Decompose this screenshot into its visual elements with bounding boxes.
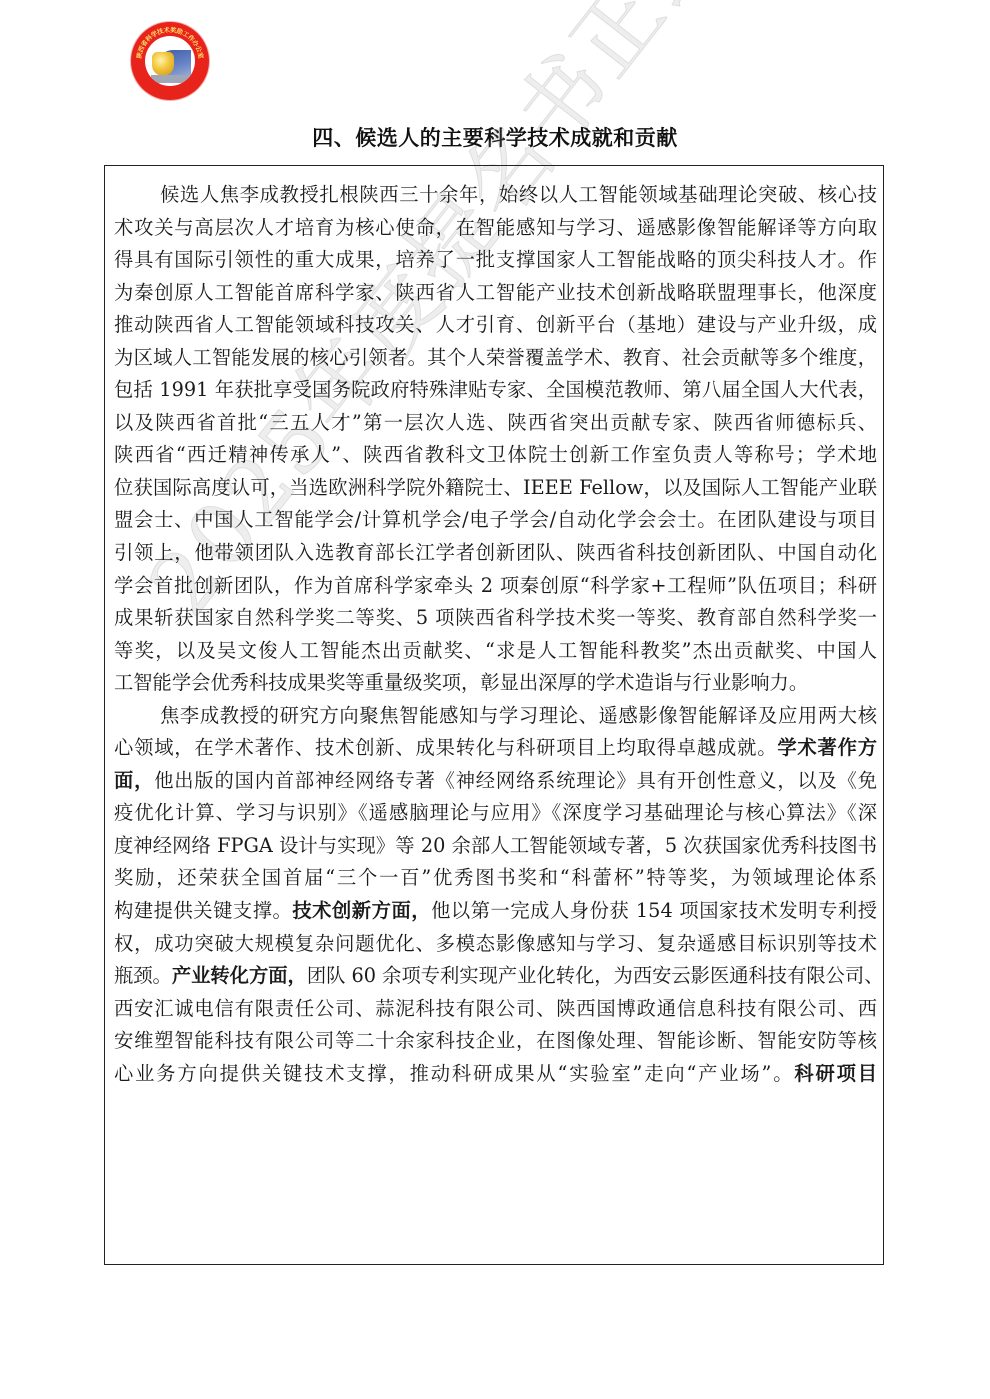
text-run: 盟会士、中国人工智能学会/计算机学会/电子学会/自动化学会会士。在团队建设与项目	[114, 508, 877, 531]
text-run: 以及陕西省首批“三五人才”第一层次人选、陕西省突出贡献专家、陕西省师德标兵、	[114, 411, 877, 434]
bold-heading-run: 学术著作方	[777, 736, 877, 759]
text-run: 度神经网络 FPGA 设计与实现》等 20 余部人工智能领域专著，5 次获国家优…	[114, 834, 877, 857]
text-line: 陕西省“西迁精神传承人”、陕西省教科文卫体院士创新工作室负责人等称号；学术地	[114, 439, 877, 472]
svg-text:陕西省科学技术奖励工作办公室: 陕西省科学技术奖励工作办公室	[135, 26, 205, 60]
text-run: 团队 60 余项专利实现产业化转化，为西安云影医通科技有限公司、	[307, 964, 884, 987]
text-run: 构建提供关键支撑。	[114, 899, 292, 922]
text-line: 为区域人工智能发展的核心引领者。其个人荣誉覆盖学术、教育、社会贡献等多个维度，	[114, 342, 877, 375]
text-run: 为区域人工智能发展的核心引领者。其个人荣誉覆盖学术、教育、社会贡献等多个维度，	[114, 346, 877, 369]
text-line: 术攻关与高层次人才培育为核心使命，在智能感知与学习、遥感影像智能解译等方向取	[114, 212, 877, 245]
seal-emblem-icon: 陕西省科学技术奖励工作办公室	[131, 22, 209, 100]
text-run: 他以第一完成人身份获 154 项国家技术发明专利授	[431, 899, 877, 922]
text-line: 得具有国际引领性的重大成果，培养了一批支撑国家人工智能战略的顶尖科技人才。作	[114, 244, 877, 277]
text-line: 候选人焦李成教授扎根陕西三十余年，始终以人工智能领域基础理论突破、核心技	[114, 179, 877, 212]
text-run: 成果斩获国家自然科学奖二等奖、5 项陕西省科学技术奖一等奖、教育部自然科学奖一	[114, 606, 877, 629]
text-run: 候选人焦李成教授扎根陕西三十余年，始终以人工智能领域基础理论突破、核心技	[160, 183, 877, 206]
section-title: 四、候选人的主要科学技术成就和贡献	[0, 122, 990, 152]
text-run: 工智能学会优秀科技成果奖等重量级奖项，彰显出深厚的学术造诣与行业影响力。	[114, 671, 808, 694]
text-run: 安维塑智能科技有限公司等二十余家科技企业，在图像处理、智能诊断、智能安防等核	[114, 1029, 877, 1052]
achievements-text: 候选人焦李成教授扎根陕西三十余年，始终以人工智能领域基础理论突破、核心技术攻关与…	[114, 179, 877, 1090]
text-run: 为秦创原人工智能首席科学家、陕西省人工智能产业技术创新战略联盟理事长，他深度	[114, 281, 877, 304]
text-line: 西安汇诚电信有限责任公司、蒜泥科技有限公司、陕西国博政通信息科技有限公司、西	[114, 993, 877, 1026]
text-line: 工智能学会优秀科技成果奖等重量级奖项，彰显出深厚的学术造诣与行业影响力。	[114, 667, 877, 700]
text-run: 推动陕西省人工智能领域科技攻关、人才引育、创新平台（基地）建设与产业升级，成	[114, 313, 877, 336]
text-line: 包括 1991 年获批享受国务院政府特殊津贴专家、全国模范教师、第八届全国人大代…	[114, 374, 877, 407]
text-run: 心业务方向提供关键技术支撑，推动科研成果从“实验室”走向“产业场”。	[114, 1062, 794, 1085]
text-run: 术攻关与高层次人才培育为核心使命，在智能感知与学习、遥感影像智能解译等方向取	[114, 216, 877, 239]
text-line: 为秦创原人工智能首席科学家、陕西省人工智能产业技术创新战略联盟理事长，他深度	[114, 277, 877, 310]
text-run: 得具有国际引领性的重大成果，培养了一批支撑国家人工智能战略的顶尖科技人才。作	[114, 248, 877, 271]
text-line: 瓶颈。产业转化方面，团队 60 余项专利实现产业化转化，为西安云影医通科技有限公…	[114, 960, 877, 993]
text-run: 西安汇诚电信有限责任公司、蒜泥科技有限公司、陕西国博政通信息科技有限公司、西	[114, 997, 877, 1020]
text-run: 学会首批创新团队，作为首席科学家牵头 2 项秦创原“科学家+工程师”队伍项目；科…	[114, 574, 877, 597]
text-line: 面，他出版的国内首部神经网络专著《神经网络系统理论》具有开创性意义，以及《免	[114, 765, 877, 798]
text-line: 成果斩获国家自然科学奖二等奖、5 项陕西省科学技术奖一等奖、教育部自然科学奖一	[114, 602, 877, 635]
bold-heading-run: 科研项目	[794, 1062, 877, 1085]
bold-heading-run: 面，	[114, 769, 154, 792]
text-line: 心领域，在学术著作、技术创新、成果转化与科研项目上均取得卓越成就。学术著作方	[114, 732, 877, 765]
text-line: 疫优化计算、学习与识别》《遥感脑理论与应用》《深度学习基础理论与核心算法》《深	[114, 797, 877, 830]
text-line: 盟会士、中国人工智能学会/计算机学会/电子学会/自动化学会会士。在团队建设与项目	[114, 504, 877, 537]
text-line: 奖励，还荣获全国首届“三个一百”优秀图书奖和“科蕾杯”特等奖，为领域理论体系	[114, 862, 877, 895]
text-line: 学会首批创新团队，作为首席科学家牵头 2 项秦创原“科学家+工程师”队伍项目；科…	[114, 570, 877, 603]
text-line: 推动陕西省人工智能领域科技攻关、人才引育、创新平台（基地）建设与产业升级，成	[114, 309, 877, 342]
text-run: 位获国际高度认可，当选欧洲科学院外籍院士、IEEE Fellow，以及国际人工智…	[114, 476, 877, 499]
bold-heading-run: 技术创新方面，	[292, 899, 431, 922]
text-line: 权，成功突破大规模复杂问题优化、多模态影像感知与学习、复杂遥感目标识别等技术	[114, 928, 877, 961]
text-run: 包括 1991 年获批享受国务院政府特殊津贴专家、全国模范教师、第八届全国人大代…	[114, 378, 877, 401]
emblem-label: 陕西省科学技术奖励工作办公室	[135, 26, 205, 60]
text-run: 心领域，在学术著作、技术创新、成果转化与科研项目上均取得卓越成就。	[114, 736, 777, 759]
text-line: 安维塑智能科技有限公司等二十余家科技企业，在图像处理、智能诊断、智能安防等核	[114, 1025, 877, 1058]
text-line: 心业务方向提供关键技术支撑，推动科研成果从“实验室”走向“产业场”。科研项目	[114, 1058, 877, 1091]
text-run: 等奖，以及吴文俊人工智能杰出贡献奖、“求是人工智能科教奖”杰出贡献奖、中国人	[114, 639, 877, 662]
text-line: 位获国际高度认可，当选欧洲科学院外籍院士、IEEE Fellow，以及国际人工智…	[114, 472, 877, 505]
text-line: 构建提供关键支撑。技术创新方面，他以第一完成人身份获 154 项国家技术发明专利…	[114, 895, 877, 928]
text-run: 权，成功突破大规模复杂问题优化、多模态影像感知与学习、复杂遥感目标识别等技术	[114, 932, 877, 955]
text-run: 引领上，他带领团队入选教育部长江学者创新团队、陕西省科技创新团队、中国自动化	[114, 541, 877, 564]
content-box: 候选人焦李成教授扎根陕西三十余年，始终以人工智能领域基础理论突破、核心技术攻关与…	[104, 165, 884, 1265]
text-run: 疫优化计算、学习与识别》《遥感脑理论与应用》《深度学习基础理论与核心算法》《深	[114, 801, 877, 824]
text-line: 以及陕西省首批“三五人才”第一层次人选、陕西省突出贡献专家、陕西省师德标兵、	[114, 407, 877, 440]
text-line: 引领上，他带领团队入选教育部长江学者创新团队、陕西省科技创新团队、中国自动化	[114, 537, 877, 570]
text-run: 他出版的国内首部神经网络专著《神经网络系统理论》具有开创性意义，以及《免	[154, 769, 877, 792]
text-line: 等奖，以及吴文俊人工智能杰出贡献奖、“求是人工智能科教奖”杰出贡献奖、中国人	[114, 635, 877, 668]
bold-heading-run: 产业转化方面，	[172, 964, 307, 987]
text-line: 焦李成教授的研究方向聚焦智能感知与学习理论、遥感影像智能解译及应用两大核	[114, 700, 877, 733]
text-run: 焦李成教授的研究方向聚焦智能感知与学习理论、遥感影像智能解译及应用两大核	[160, 704, 877, 727]
emblem-ring-text: 陕西省科学技术奖励工作办公室	[131, 22, 209, 100]
text-run: 瓶颈。	[114, 964, 172, 987]
text-run: 奖励，还荣获全国首届“三个一百”优秀图书奖和“科蕾杯”特等奖，为领域理论体系	[114, 866, 877, 889]
text-run: 陕西省“西迁精神传承人”、陕西省教科文卫体院士创新工作室负责人等称号；学术地	[114, 443, 877, 466]
text-line: 度神经网络 FPGA 设计与实现》等 20 余部人工智能领域专著，5 次获国家优…	[114, 830, 877, 863]
